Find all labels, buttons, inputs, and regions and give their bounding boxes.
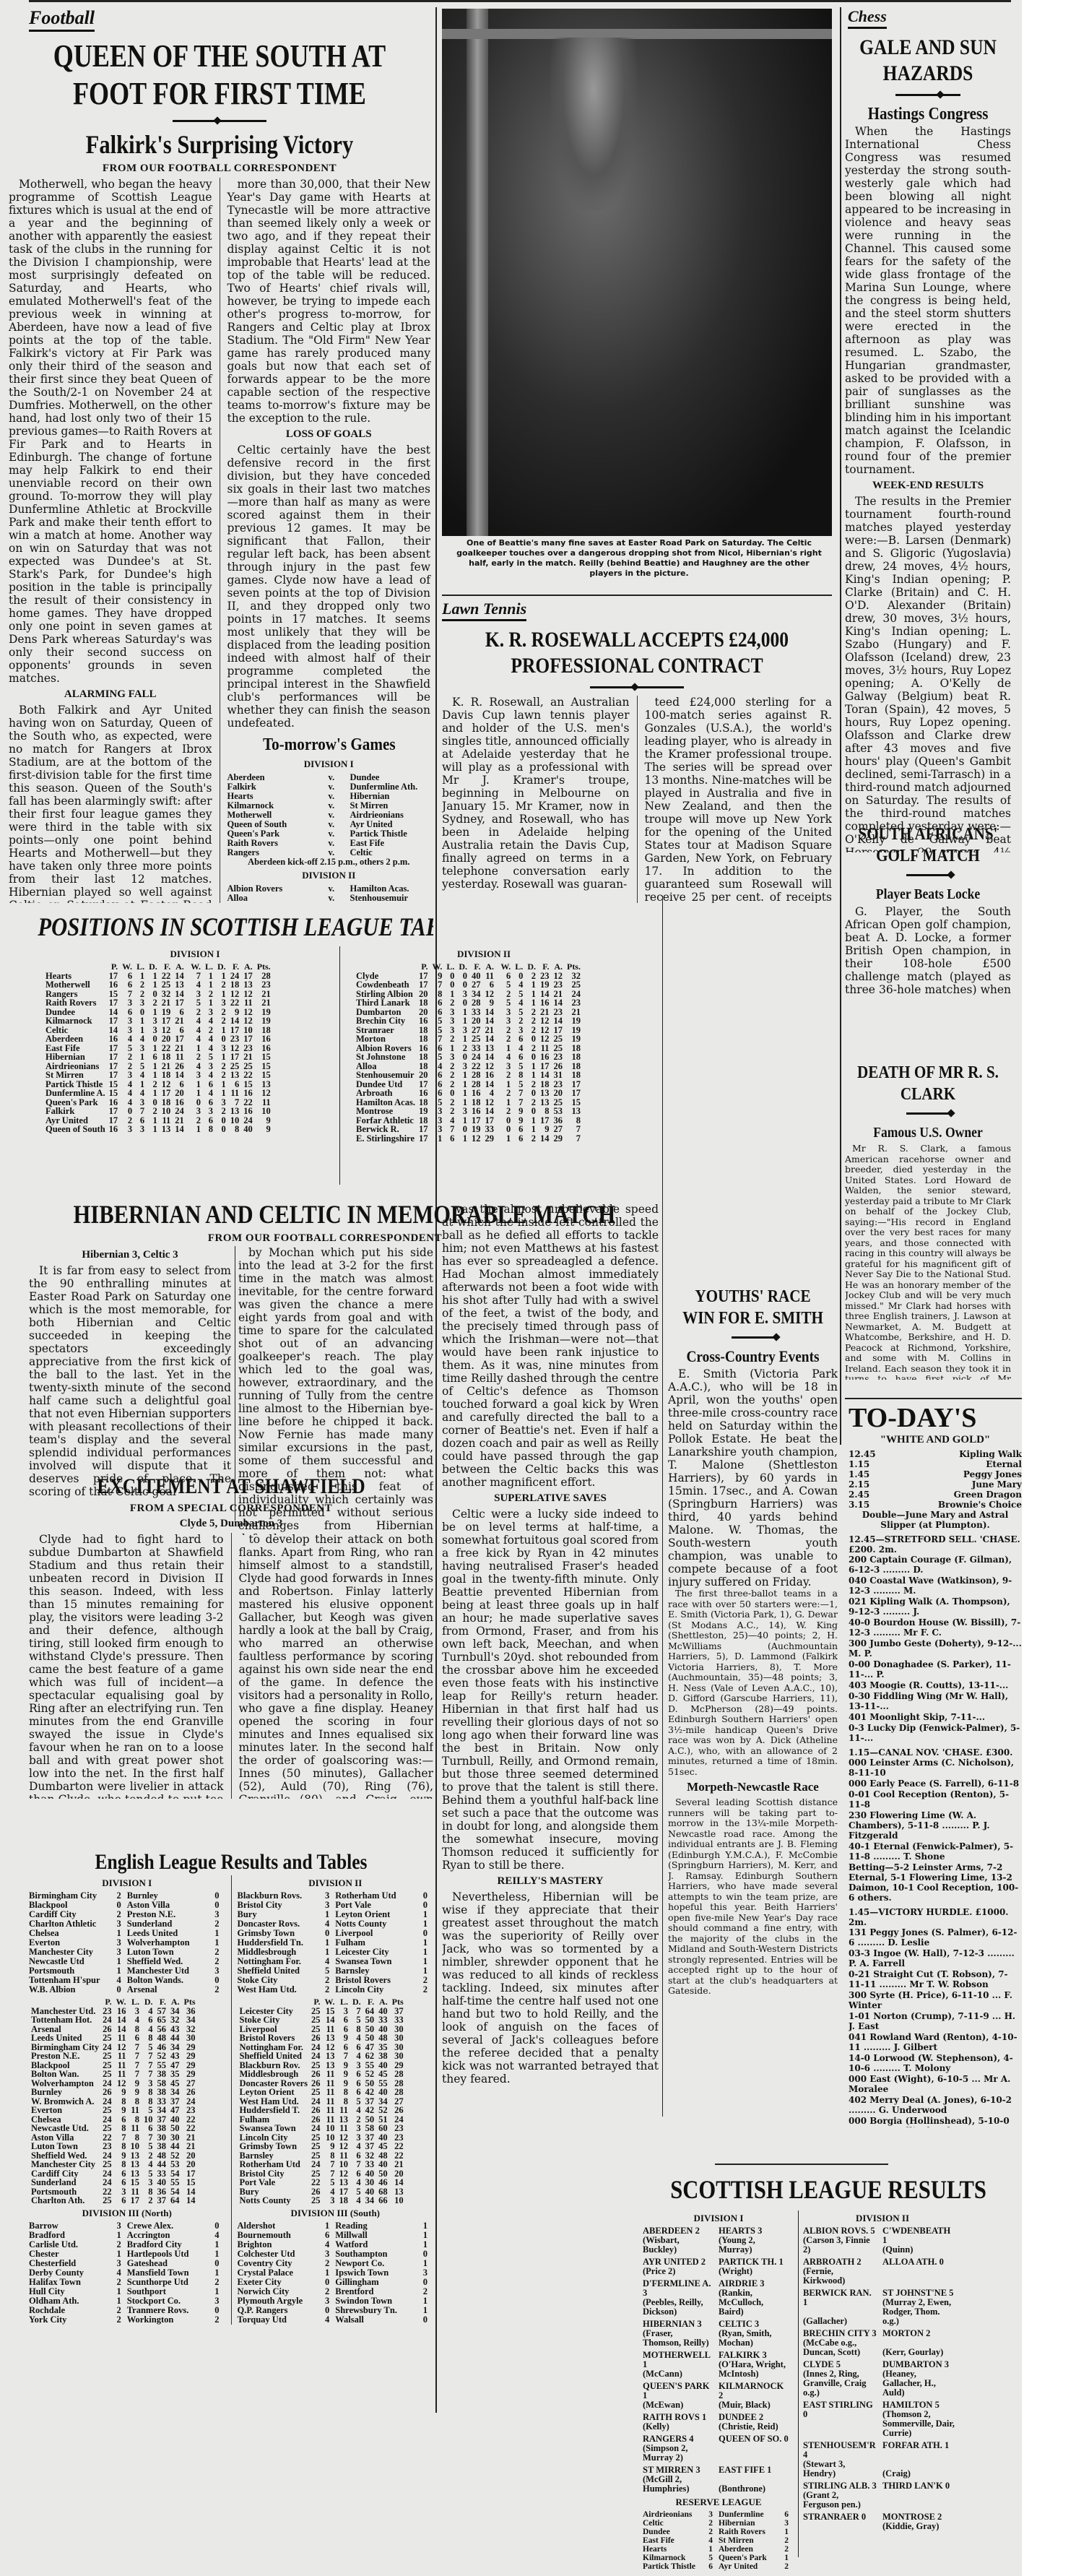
team-name: Halifax Town xyxy=(29,2278,81,2287)
score: 1 xyxy=(117,2249,121,2259)
table-cell: 23 xyxy=(100,2142,114,2151)
table-cell: 6 xyxy=(513,1134,525,1144)
score: 2 xyxy=(708,2528,713,2536)
table-cell: 15 xyxy=(129,2178,142,2187)
away-team-score: C'WDENBEATH 1 xyxy=(882,2226,956,2245)
home-side: EAST STIRLING 0 xyxy=(803,2400,882,2438)
table-cell: 33 xyxy=(376,2015,390,2025)
runner-entry: 0-00 Donaghadee (S. Parker), 11-11-... P… xyxy=(849,1659,1022,1680)
score: 1 xyxy=(117,2231,121,2240)
table-header: L. xyxy=(513,962,525,972)
table-cell: 21 xyxy=(160,998,173,1008)
result-row: AYR UNITED 2(Price 2)PARTICK TH. 1(Wrigh… xyxy=(643,2257,794,2276)
home-side: STENHOUSEM'R 4(Stewart 3, Hendry) xyxy=(803,2441,882,2478)
table-header: Pts. xyxy=(565,962,583,972)
away-side: Raith Rovers1 xyxy=(719,2528,794,2536)
table-cell: 17 xyxy=(160,1016,173,1026)
table-cell: 9 xyxy=(337,2070,350,2079)
home-side: BRECHIN CITY 3(McCabe o.g., Duncan, Scot… xyxy=(803,2329,882,2357)
football-col1b: Both Falkirk and Ayr United having won o… xyxy=(9,704,212,903)
home-side: RAITH ROVS 1(Kelly) xyxy=(643,2413,719,2432)
table-cell: 0 xyxy=(525,1034,538,1044)
table-cell: 2 xyxy=(496,1089,513,1098)
table-cell: 5 xyxy=(496,980,513,990)
table-cell: 4 xyxy=(203,1034,215,1044)
youths-headline: YOUTHS' RACE WIN FOR E. SMITH xyxy=(678,1286,828,1329)
team-name: E. Stirlingshire xyxy=(354,1134,417,1144)
away-side: Tranmere Rovs.0 xyxy=(127,2306,225,2315)
table-cell: 25 xyxy=(160,980,173,990)
table-cell: 2 xyxy=(444,1034,456,1044)
table-cell: 17 xyxy=(417,980,430,990)
score: 1 xyxy=(423,2296,428,2306)
hibs-score: Hibernian 3, Celtic 3 xyxy=(29,1249,231,1261)
score: 2 xyxy=(117,2315,121,2325)
score: 2 xyxy=(117,2240,121,2249)
table-cell: 3 xyxy=(120,1071,134,1080)
table-cell: 38 xyxy=(155,2088,169,2097)
score: 0 xyxy=(117,1985,121,1994)
table-row: Rotherham Utd247107334021 xyxy=(238,2160,406,2169)
english-div1-label: DIVISION I xyxy=(29,1877,225,1889)
table-cell: 2 xyxy=(215,1107,228,1116)
table-cell: 16 xyxy=(107,1034,121,1044)
score: 1 xyxy=(325,2268,329,2278)
table-cell: 7 xyxy=(134,1107,147,1116)
table-cell: 14 xyxy=(390,2178,406,2187)
chess-body: When the Hastings International Chess Co… xyxy=(845,125,1011,476)
team-name: Motherwell xyxy=(43,980,107,990)
home-side: Q.P. Rangers0 xyxy=(238,2306,336,2315)
table-cell: 13 xyxy=(323,2033,337,2043)
team-name: Arsenal xyxy=(127,1985,157,1994)
table-cell: 38 xyxy=(155,2124,169,2133)
table-cell: 1 xyxy=(134,1053,147,1062)
table-cell: 17 xyxy=(107,1053,121,1062)
table-cell: 7 xyxy=(513,1089,525,1098)
away-side: Hartlepools Utd1 xyxy=(127,2249,225,2259)
fixtures-div2-label: DIVISION II xyxy=(227,869,431,882)
table-cell: 9 xyxy=(323,2142,337,2151)
away-scorers: (Kiddie, Gray) xyxy=(882,2522,956,2531)
team-name: Montrose xyxy=(354,1107,417,1116)
result-row: Bradford1Accrington4 xyxy=(29,2231,225,2240)
table-cell: 24 xyxy=(469,1053,483,1062)
away-side: C'WDENBEATH 1(Quinn) xyxy=(882,2226,962,2255)
team-name: Morton xyxy=(354,1034,417,1044)
team-name: W.B. Albion xyxy=(29,1985,76,1994)
table-cell: 17 xyxy=(107,1107,121,1116)
team-name: Watford xyxy=(335,2240,368,2249)
score: 2 xyxy=(784,2536,789,2545)
top-rule xyxy=(29,0,1011,2)
team-name: Arbroath xyxy=(354,1089,417,1098)
team-name: Newport Co. xyxy=(335,2259,384,2268)
home-scorers: (Price 2) xyxy=(643,2267,713,2276)
table-cell: 1 xyxy=(186,1125,203,1134)
table-cell: 1 xyxy=(430,1134,444,1144)
table-cell: 19 xyxy=(538,980,552,990)
racing-tipster: "WHITE AND GOLD" xyxy=(849,1434,1022,1446)
shawfield-col1: Clyde had to fight hard to subdue Dumbar… xyxy=(29,1533,224,1799)
table-cell: 2 xyxy=(215,980,228,990)
table-row: Grimsby Town259124374522 xyxy=(238,2142,406,2151)
away-side: CELTIC 3(Ryan, Smith, Mochan) xyxy=(719,2320,794,2348)
table-cell: 50 xyxy=(168,2124,182,2133)
result-row: Chesterfield3Gateshead0 xyxy=(29,2259,225,2268)
home-side: Celtic2 xyxy=(643,2519,719,2528)
away-side: ST JOHNST'NE 5(Murray 2, Ewen, Rodger, T… xyxy=(882,2288,962,2326)
away-side: Walsall0 xyxy=(335,2315,433,2325)
table-cell: 47 xyxy=(168,2106,182,2115)
race1-runners: 200 Captain Courage (F. Gilman), 6-12-3 … xyxy=(849,1555,1022,1743)
table-cell: 30 xyxy=(363,2178,377,2187)
table-cell: 16 xyxy=(417,1089,430,1098)
table-header: P. xyxy=(100,1997,114,2007)
table-header: L. xyxy=(203,962,215,972)
selection-row: 1.15Eternal xyxy=(849,1459,1022,1469)
english-div3n-results: Barrow3Crewe Alex.0Bradford1Accrington4C… xyxy=(29,2221,225,2325)
away-side: Arsenal2 xyxy=(127,1985,225,1994)
english-div1-table: P.W.L.D.F.A.PtsManchester Utd.2316345734… xyxy=(29,1997,198,2205)
away-side: Southampton0 xyxy=(335,2249,433,2259)
runner-entry: 041 Rowland Ward (Renton), 4-10-11 .....… xyxy=(849,2032,1022,2052)
team-name: Brechin City xyxy=(354,1016,417,1026)
column-rule xyxy=(840,7,841,1445)
selection-row: 1.45Peggy Jones xyxy=(849,1469,1022,1479)
home-scorers: (Gallacher) xyxy=(803,2317,877,2326)
table-cell: 32 xyxy=(168,2015,182,2025)
table-row: Bolton Wan.251177383529 xyxy=(29,2070,198,2079)
table-cell: 3 xyxy=(430,1107,444,1116)
team-name: Ayr United xyxy=(719,2562,758,2571)
fixtures-title: To-morrow's Games xyxy=(239,734,418,756)
table-cell: 9 xyxy=(129,2088,142,2097)
table-cell: 7 xyxy=(430,1034,444,1044)
team-name: Falkirk xyxy=(43,1107,107,1116)
table-header: Pts xyxy=(182,1997,198,2007)
table-cell: 0 xyxy=(215,1125,228,1134)
table-cell: 9 xyxy=(114,2088,129,2097)
table-header: F. xyxy=(160,962,173,972)
team-name: Reading xyxy=(335,2221,367,2231)
table-cell: 9 xyxy=(255,1125,273,1134)
table-cell: 17 xyxy=(417,1125,430,1134)
away-side: Lincoln City2 xyxy=(335,1985,433,1994)
results-div2-list: ALBION ROVS. 5(Carson 3, Finnie 2)C'WDEN… xyxy=(803,2226,962,2531)
table-cell: 3 xyxy=(142,2178,155,2187)
selection-row: 3.15Brownie's Choice xyxy=(849,1500,1022,1510)
table-cell: 37 xyxy=(363,2142,377,2151)
table-cell: 62 xyxy=(363,2052,377,2061)
away-scorers: (Quinn) xyxy=(882,2245,956,2255)
table-cell: 45 xyxy=(376,2070,390,2079)
team-name: Mansfield Town xyxy=(127,2268,189,2278)
table-cell: 24 xyxy=(309,2160,323,2169)
table-cell: 48 xyxy=(376,2033,390,2043)
table-cell: 1 xyxy=(203,980,215,990)
result-row: ST MIRREN 3(McGill 2, Humphries)EAST FIF… xyxy=(643,2465,794,2494)
home-scorers: (Innes 2, Ring, Granville, Craig o.g.) xyxy=(803,2369,877,2398)
shawfield-score: Clyde 5, Dumbarton 3 xyxy=(29,1518,433,1530)
table-cell: 6 xyxy=(114,2196,129,2205)
runner-entry: 14-0 Lorwood (W. Stephenson), 4-10-6 ...… xyxy=(849,2053,1022,2073)
table-cell: 15 xyxy=(107,1089,121,1098)
team-name: Bournemouth xyxy=(238,2231,291,2240)
table-cell: 0 xyxy=(456,998,469,1008)
table-cell: 16 xyxy=(241,1107,255,1116)
table-cell: 7 xyxy=(323,2160,337,2169)
table-cell: 8 xyxy=(513,1071,525,1080)
table-header: D. xyxy=(456,962,469,972)
table-cell: 6 xyxy=(350,2070,363,2079)
table-cell: 4 xyxy=(134,1089,147,1098)
team-name: Carlisle Utd. xyxy=(29,2240,78,2249)
table-cell: 34 xyxy=(363,2196,377,2205)
team-name: Walsall xyxy=(335,2315,364,2325)
home-side: Plymouth Argyle3 xyxy=(238,2296,336,2306)
team-name: Stenhousemuir xyxy=(354,1071,417,1080)
away-scorers: (Young 2, Murray) xyxy=(719,2236,789,2255)
golf-body: G. Player, the South African Open golf c… xyxy=(845,905,1011,997)
away-side: AIRDRIE 3(Rankin, McCulloch, Baird) xyxy=(719,2279,794,2317)
home-team-score: BERWICK RAN. 1 xyxy=(803,2288,877,2307)
team-name: Stoke City xyxy=(238,2015,310,2025)
table-row: Tottenham Hot.241446653234 xyxy=(29,2015,198,2025)
team-name: Cowdenbeath xyxy=(354,980,417,990)
score: 6 xyxy=(784,2510,789,2519)
table-cell: 6 xyxy=(513,1053,525,1062)
home-side: CLYDE 5(Innes 2, Ring, Granville, Craig … xyxy=(803,2360,882,2398)
score: 3 xyxy=(423,2268,428,2278)
selection-name: Peggy Jones xyxy=(963,1469,1022,1479)
team-name: Sunderland xyxy=(29,2178,100,2187)
english-div3s-label: DIVISION III (South) xyxy=(238,2208,434,2219)
tennis-col1: K. R. Rosewall, an Australian Davis Cup … xyxy=(442,696,630,891)
team-name: Gillingham xyxy=(335,2278,378,2287)
table-cell: 2 xyxy=(142,2196,155,2205)
selection-name: June Mary xyxy=(972,1479,1022,1490)
hibs-col3c: Nevertheless, Hibernian will be wise if … xyxy=(442,1890,659,2086)
team-name: Derby County xyxy=(29,2268,84,2278)
table-header: D. xyxy=(142,1997,155,2007)
div1-table: P.W.L.D.F.A.W.L.D.F.A.Pts.Hearts17611221… xyxy=(43,962,273,1134)
table-cell: 18 xyxy=(160,1071,173,1080)
away-scorers: (Wright) xyxy=(719,2267,789,2276)
team-name: Southport xyxy=(127,2287,166,2296)
team-name: Queen of South xyxy=(43,1125,107,1134)
table-row: Arbroath16601164270132017 xyxy=(354,1089,583,1098)
table-cell: 1 xyxy=(147,1071,160,1080)
table-header: W. xyxy=(323,1997,337,2007)
table-cell: 0 xyxy=(525,1053,538,1062)
away-side: FORFAR ATH. 1(Craig) xyxy=(882,2441,962,2478)
runner-entry: 000 Borgia (Hollinshead), 5-10-0 .......… xyxy=(849,2116,1022,2127)
table-cell: 4 xyxy=(203,1089,215,1098)
away-scorers: (Muir, Black) xyxy=(719,2400,789,2410)
team-name: Swindon Town xyxy=(335,2296,392,2306)
result-row: Torquay Utd4Walsall0 xyxy=(238,2315,434,2325)
english-div2-results: Blackburn Rovs.3Rotherham Utd0Bristol Ci… xyxy=(238,1891,434,1994)
table-cell: 50 xyxy=(363,2015,377,2025)
table-cell: 22 xyxy=(228,998,242,1008)
score: 0 xyxy=(708,2571,713,2572)
team-name: Burnley xyxy=(29,2088,100,2097)
runner-entry: 401 Moonlight Skip, 7-11-... xyxy=(849,1712,1022,1722)
team-name: Bradford xyxy=(29,2231,65,2240)
table-cell: 13 xyxy=(337,2178,350,2187)
away-scorers: (Christie, Reid) xyxy=(719,2422,789,2432)
headline-divider xyxy=(732,1336,775,1339)
table-cell: 27 xyxy=(551,1125,565,1134)
football-byline: FROM OUR FOOTBALL CORRESPONDENT xyxy=(6,163,433,175)
table-cell: 22 xyxy=(390,2142,406,2151)
home-side: Chesterfield3 xyxy=(29,2259,127,2268)
score: 0 xyxy=(214,2259,219,2268)
result-row: ABERDEEN 2(Wisbart, Buckley)HEARTS 3(You… xyxy=(643,2226,794,2255)
selection-name: Green Dragon xyxy=(954,1490,1022,1500)
table-cell: 10 xyxy=(160,1107,173,1116)
div2-table: P.W.L.D.F.A.W.L.D.F.A.Pts.Clyde179004011… xyxy=(354,962,583,1143)
table-cell: 4 xyxy=(186,980,203,990)
table-cell: 26 xyxy=(309,2106,323,2115)
home-side: Bournemouth6 xyxy=(238,2231,336,2240)
table-cell: 28 xyxy=(390,2070,406,2079)
table-cell: 6 xyxy=(430,1071,444,1080)
home-side: W.B. Albion0 xyxy=(29,1985,127,1994)
golf-headline: SOUTH AFRICANS' GOLF MATCH xyxy=(855,824,1001,867)
table-cell: 1 xyxy=(186,1089,203,1098)
result-row: Hearts1Aberdeen2 xyxy=(643,2545,794,2554)
clark-headline: DEATH OF MR R. S. CLARK xyxy=(855,1062,1001,1105)
score: 0 xyxy=(325,2278,329,2287)
table-cell: 5 xyxy=(350,2015,363,2025)
team-name: Raith Rovers xyxy=(719,2528,765,2536)
table-cell: 16 xyxy=(469,1107,483,1116)
away-side: Newport Co.1 xyxy=(335,2259,433,2268)
team-name: Dunfermline A. xyxy=(43,1089,107,1098)
table-header-row: P.W.L.D.F.A.W.L.D.F.A.Pts. xyxy=(43,962,273,972)
table-cell: 0 xyxy=(456,1053,469,1062)
table-cell: 11 xyxy=(114,2033,129,2043)
score: 1 xyxy=(423,2259,428,2268)
home-team-score: STENHOUSEM'R 4 xyxy=(803,2441,877,2460)
runner-entry: 0-3 Lucky Dip (Fenwick-Palmer), 5-11-... xyxy=(849,1723,1022,1743)
table-cell: 14 xyxy=(551,998,565,1008)
table-cell: 18 xyxy=(417,1034,430,1044)
table-cell: 6 xyxy=(142,2124,155,2133)
table-cell: 2 xyxy=(525,1134,538,1144)
race-time: 2.45 xyxy=(849,1490,869,1500)
result-row: Q.P. Rangers0Shrewsbury Tn.1 xyxy=(238,2306,434,2315)
team-name: Partick Thistle xyxy=(643,2562,695,2571)
selection-row: 2.45Green Dragon xyxy=(849,1490,1022,1500)
score: 3 xyxy=(325,2249,329,2259)
table-cell: 16 xyxy=(241,1089,255,1098)
table-cell: 25 xyxy=(469,1034,483,1044)
away-side: Queen's Park1 xyxy=(719,2554,794,2562)
table-cell: 2 xyxy=(496,1107,513,1116)
score: 1 xyxy=(423,2306,428,2315)
result-row: Rochdale2Tranmere Rovs.0 xyxy=(29,2306,225,2315)
table-cell: 42 xyxy=(363,2088,377,2097)
team-name: Workington xyxy=(127,2315,174,2325)
table-cell: 5 xyxy=(323,2178,337,2187)
away-side: MONTROSE 2(Kiddie, Gray) xyxy=(882,2512,962,2531)
fixtures-div1-label: DIVISION I xyxy=(227,758,431,771)
table-row: Motherwell166212513412181323 xyxy=(43,980,273,990)
table-cell: 11 xyxy=(323,2070,337,2079)
table-cell: 6 xyxy=(147,1053,160,1062)
away-side: Hibernian3 xyxy=(719,2519,794,2528)
table-cell: 18 xyxy=(160,1053,173,1062)
div1-table-wrap: DIVISION I P.W.L.D.F.A.W.L.D.F.A.Pts.Hea… xyxy=(43,946,347,1196)
table-divider xyxy=(339,946,340,1185)
home-side: HIBERNIAN 3(Fraser, Thomson, Reilly) xyxy=(643,2320,719,2348)
table-row: Kilmarnock173131721442141219 xyxy=(43,1016,273,1026)
table-header: A. xyxy=(168,1997,182,2007)
away-side: Scunthorpe Utd2 xyxy=(127,2278,225,2287)
table-cell: 24 xyxy=(309,2124,323,2133)
home-side: RANGERS 4(Simpson 2, Murray 2) xyxy=(643,2434,719,2463)
home-side: Rochdale2 xyxy=(29,2306,127,2315)
results-div1: DIVISION I ABERDEEN 2(Wisbart, Buckley)H… xyxy=(643,2210,794,2572)
table-cell: 7 xyxy=(129,2052,142,2061)
table-cell: 24 xyxy=(100,2015,114,2025)
score: 0 xyxy=(214,2221,219,2231)
section-label-football: Football xyxy=(29,7,95,32)
home-side: ABERDEEN 2(Wisbart, Buckley) xyxy=(643,2226,719,2255)
table-cell: 1 xyxy=(134,1016,147,1026)
table-cell: 24 xyxy=(309,2052,323,2061)
chess-subhead: Hastings Congress xyxy=(855,103,1001,125)
section-label-tennis: Lawn Tennis xyxy=(442,600,526,621)
table-cell: 38 xyxy=(155,2070,169,2079)
table-cell: 3 xyxy=(186,1071,203,1080)
team-name: Everton xyxy=(29,2106,100,2115)
table-row: Stoke City251465503333 xyxy=(238,2015,406,2025)
racing-double: Double—June Mary and Astral Slipper (at … xyxy=(849,1510,1022,1530)
race-time: 12.45 xyxy=(849,1449,876,1459)
table-cell: 5 xyxy=(186,998,203,1008)
home-team-score: EAST STIRLING 0 xyxy=(803,2400,877,2419)
english-div1-results: Birmingham City2Burnley0Blackpool0Aston … xyxy=(29,1891,225,1994)
score: 1 xyxy=(784,2554,789,2562)
headline-divider xyxy=(590,686,684,688)
table-cell: 17 xyxy=(228,1053,242,1062)
away-side: KILMARNOCK 2(Muir, Black) xyxy=(719,2382,794,2410)
table-cell: 4 xyxy=(129,2015,142,2025)
away-side: QUEEN OF SO. 0 xyxy=(719,2434,794,2463)
table-header: A. xyxy=(376,1997,390,2007)
score: 6 xyxy=(708,2562,713,2571)
away-side: DUNDEE 2(Christie, Reid) xyxy=(719,2413,794,2432)
table-row: Port Vale225134304614 xyxy=(238,2178,406,2187)
table-cell: 2 xyxy=(444,1071,456,1080)
away-side: Bradford City1 xyxy=(127,2240,225,2249)
score: 1 xyxy=(784,2528,789,2536)
team-name: Torquay Utd xyxy=(238,2315,287,2325)
table-cell: 13 xyxy=(241,980,255,990)
result-row: East Fife4St Mirren2 xyxy=(643,2536,794,2545)
result-row: Crystal Palace1Ipswich Town3 xyxy=(238,2268,434,2278)
table-row: Leyton Orient251186424028 xyxy=(238,2088,406,2097)
table-cell: 26 xyxy=(309,2033,323,2043)
shawfield-headline: EXCITEMENT AT SHAWFIELD xyxy=(59,1474,403,1500)
table-cell: 2 xyxy=(496,1071,513,1080)
table-cell: 21 xyxy=(390,2160,406,2169)
table-row: Everton259115344723 xyxy=(29,2106,198,2115)
